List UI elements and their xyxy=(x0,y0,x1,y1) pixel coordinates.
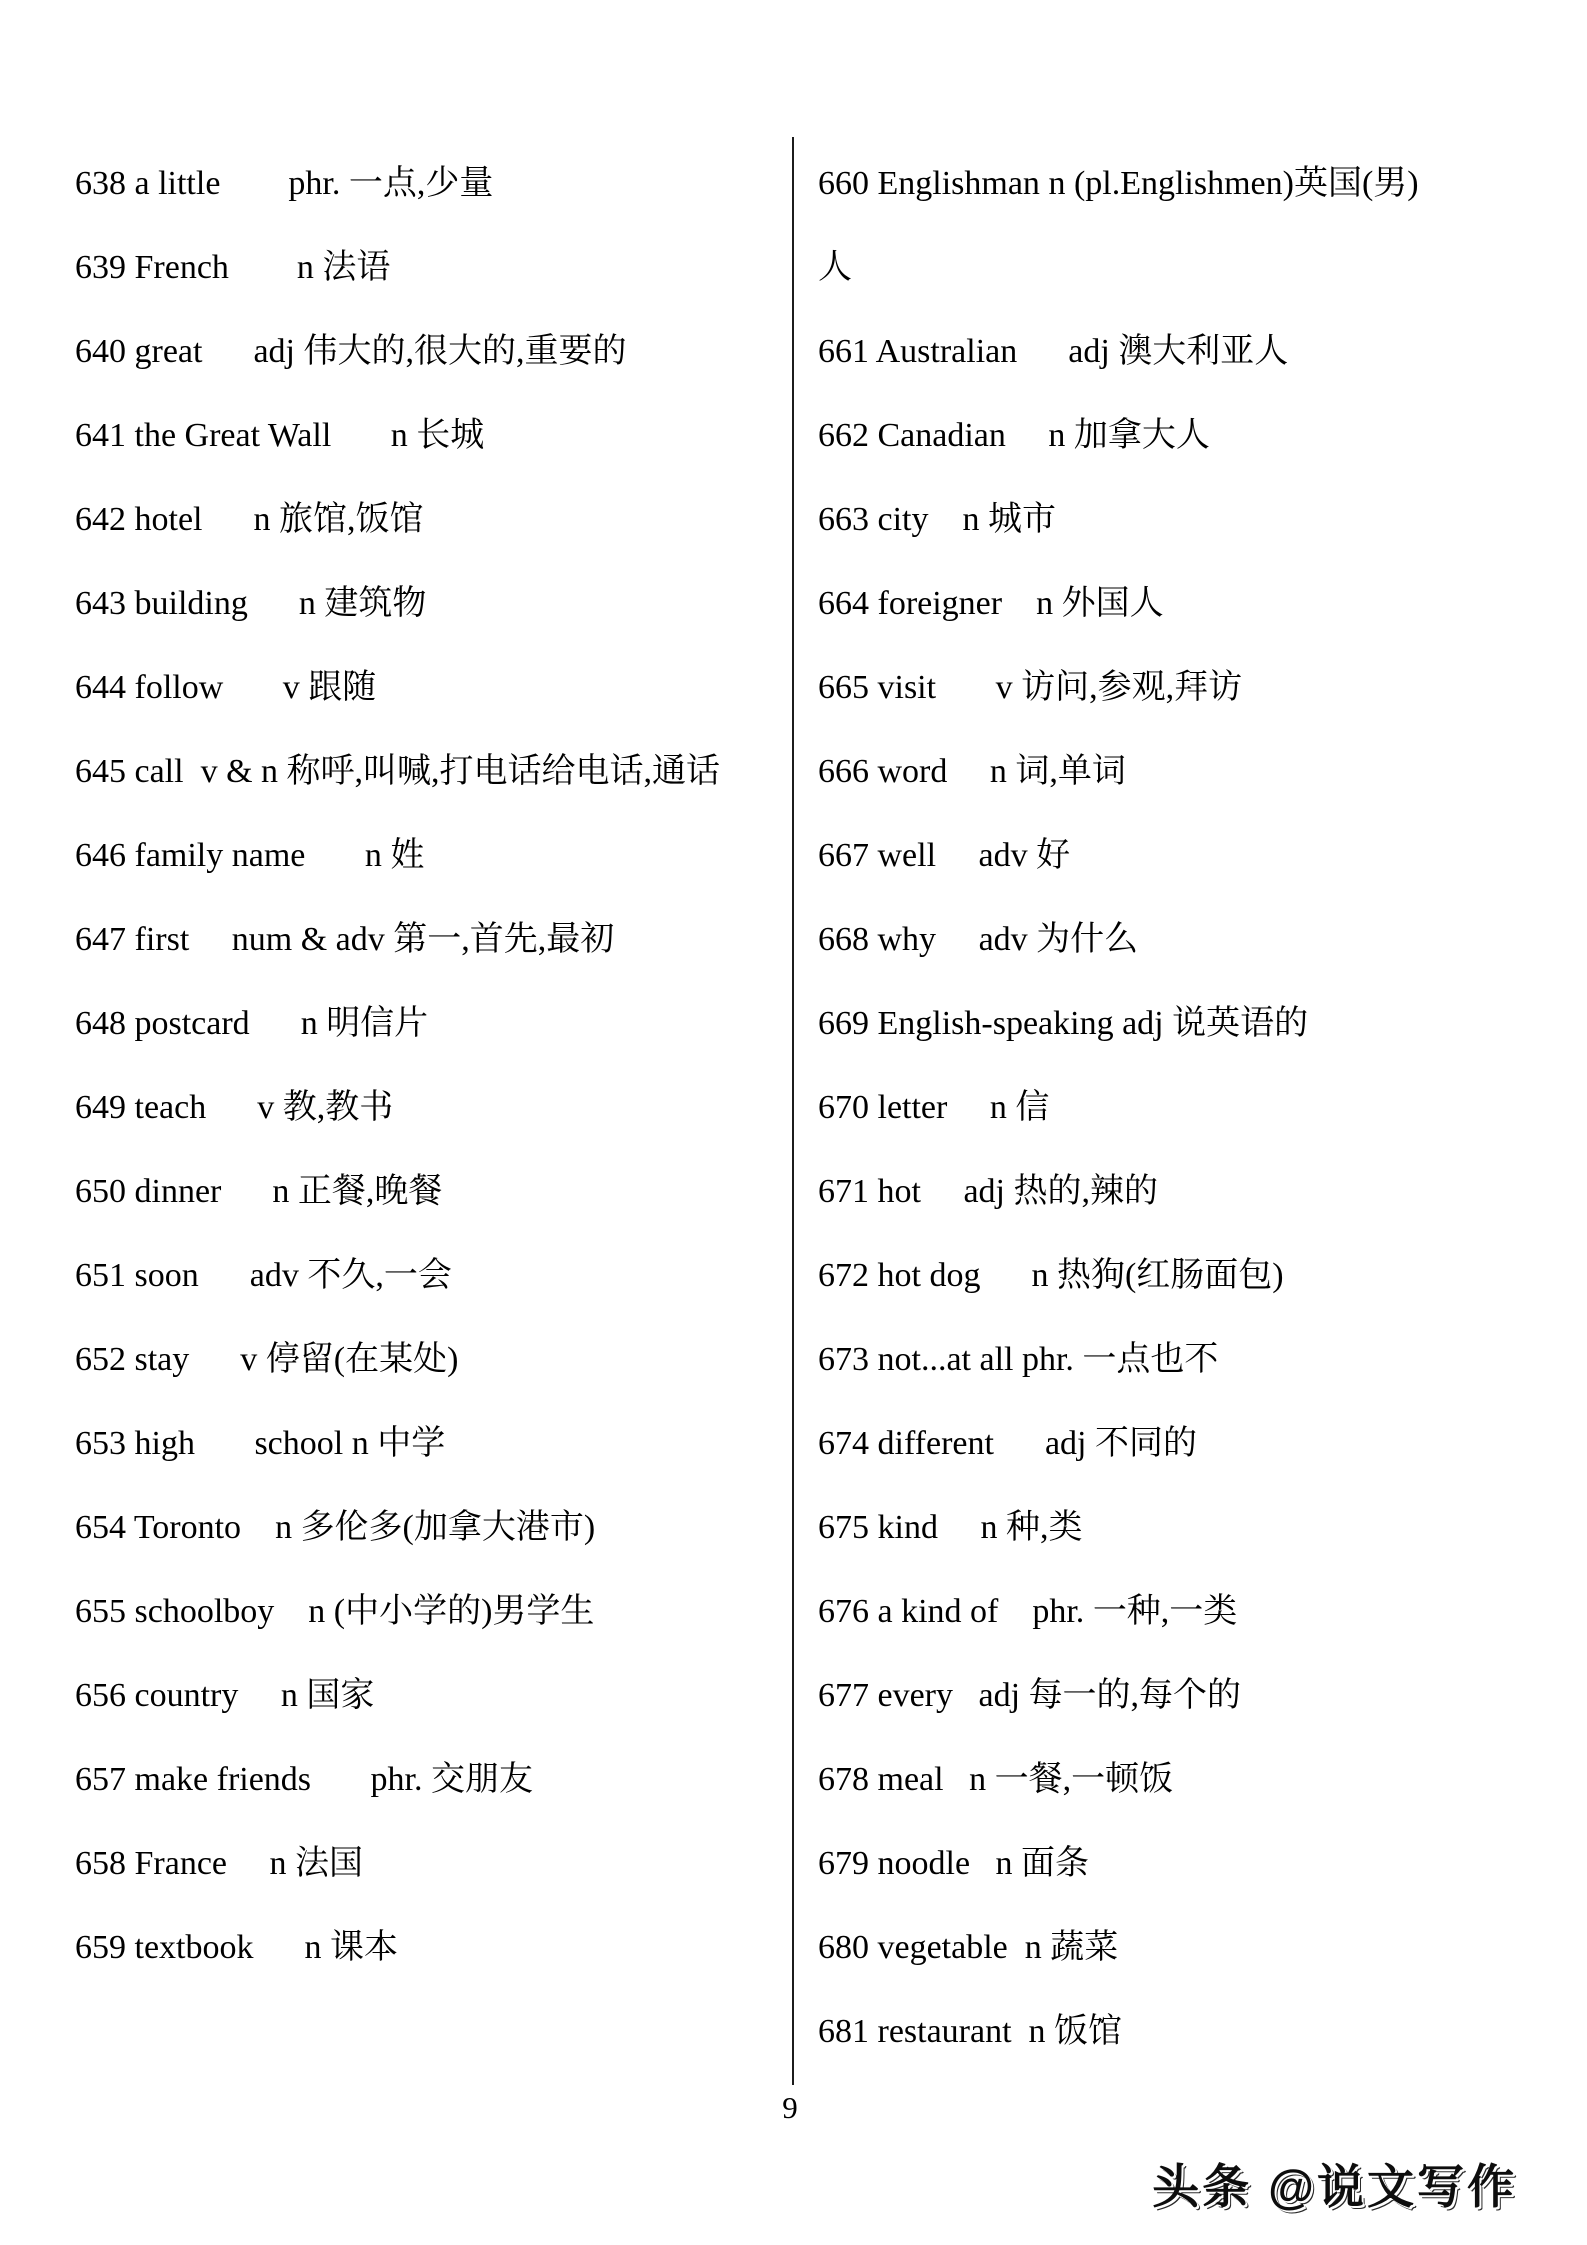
entry-number: 680 xyxy=(818,1929,869,1966)
entry-definition: 跟随 xyxy=(308,669,376,706)
entry-gap xyxy=(1002,585,1036,622)
vocab-entry: 668 why adv 为什么 xyxy=(818,898,1443,982)
entry-gap xyxy=(936,837,979,874)
vocab-entry: 666 word n 词,单词 xyxy=(818,730,1443,814)
vocab-entry: 665 visit v 访问,参观,拜访 xyxy=(818,646,1443,730)
vocab-entry: 652 stay v 停留(在某处) xyxy=(75,1318,755,1402)
entry-gap xyxy=(998,1593,1032,1630)
entry-term: noodle xyxy=(878,1845,971,1882)
entry-pos: adj xyxy=(963,1173,1005,1210)
column-divider xyxy=(792,137,794,2085)
entry-pos: phr. xyxy=(371,1761,423,1798)
entry-definition: 伟大的,很大的,重要的 xyxy=(304,333,627,370)
entry-number: 660 xyxy=(818,165,869,202)
entry-gap xyxy=(1006,417,1049,454)
entry-definition: 旅馆,饭馆 xyxy=(279,501,424,538)
entry-term: France xyxy=(135,1845,228,1882)
entry-gap xyxy=(947,753,990,790)
entry-number: 681 xyxy=(818,2013,869,2050)
entry-gap xyxy=(184,753,201,790)
entry-number: 669 xyxy=(818,1005,869,1042)
vocab-entry: 680 vegetable n 蔬菜 xyxy=(818,1906,1443,1990)
entry-gap xyxy=(227,1845,270,1882)
entry-pos: n xyxy=(308,1593,325,1630)
entry-gap xyxy=(241,1509,275,1546)
entry-pos: school n xyxy=(254,1425,368,1462)
entry-gap xyxy=(1013,1341,1022,1378)
entry-term: English-speaking xyxy=(878,1005,1114,1042)
entry-gap xyxy=(1008,1929,1025,1966)
entry-definition: 一种,一类 xyxy=(1093,1593,1238,1630)
entry-definition: 称呼,叫喊,打电话给电话,通话 xyxy=(287,753,721,790)
vocab-entry: 670 letter n 信 xyxy=(818,1066,1443,1150)
entry-number: 674 xyxy=(818,1425,869,1462)
entry-definition: 正餐,晚餐 xyxy=(298,1173,443,1210)
entry-pos: n xyxy=(304,1929,321,1966)
entry-definition: 每一的,每个的 xyxy=(1029,1677,1242,1714)
entry-pos: v xyxy=(283,669,300,706)
entry-gap xyxy=(229,249,297,286)
entry-term: Englishman xyxy=(878,165,1040,202)
entry-pos: adv xyxy=(979,921,1028,958)
entry-number: 640 xyxy=(75,333,126,370)
entry-gap xyxy=(1114,1005,1123,1042)
entry-number: 663 xyxy=(818,501,869,538)
vocab-entry: 656 country n 国家 xyxy=(75,1654,755,1738)
entry-definition: 第一,首先,最初 xyxy=(393,921,614,958)
entry-pos: n xyxy=(980,1509,997,1546)
vocab-entry: 644 follow v 跟随 xyxy=(75,646,755,730)
entry-pos: n xyxy=(962,501,979,538)
entry-number: 679 xyxy=(818,1845,869,1882)
entry-number: 653 xyxy=(75,1425,126,1462)
entry-definition: 法语 xyxy=(322,249,390,286)
entry-term: Canadian xyxy=(878,417,1006,454)
entry-definition: 面条 xyxy=(1021,1845,1089,1882)
entry-term: postcard xyxy=(135,1005,250,1042)
entry-pos: adj xyxy=(1122,1005,1164,1042)
entry-number: 641 xyxy=(75,417,126,454)
entry-term: schoolboy xyxy=(135,1593,275,1630)
entry-pos: adv xyxy=(250,1257,299,1294)
entry-definition: 明信片 xyxy=(326,1005,428,1042)
vocab-entry: 659 textbook n 课本 xyxy=(75,1906,755,1990)
entry-definition: 课本 xyxy=(330,1929,398,1966)
entry-definition: 不同的 xyxy=(1095,1425,1197,1462)
watermark: 头条 @说文写作 xyxy=(1152,2150,1517,2217)
entry-gap xyxy=(980,1257,1031,1294)
vocab-entry: 647 first num & adv 第一,首先,最初 xyxy=(75,898,755,982)
entry-definition: 澳大利亚人 xyxy=(1118,333,1288,370)
entry-number: 677 xyxy=(818,1677,869,1714)
entry-pos: adj xyxy=(1045,1425,1087,1462)
entry-term: dinner xyxy=(135,1173,222,1210)
entry-term: the Great Wall xyxy=(135,417,332,454)
entry-pos: n xyxy=(969,1761,986,1798)
entry-term: city xyxy=(878,501,929,538)
entry-definition: 好 xyxy=(1036,837,1070,874)
entry-number: 650 xyxy=(75,1173,126,1210)
vocab-entry: 641 the Great Wall n 长城 xyxy=(75,394,755,478)
entry-gap xyxy=(331,417,391,454)
entry-definition: 热狗(红肠面包) xyxy=(1057,1257,1284,1294)
entry-pos: n xyxy=(272,1173,289,1210)
entry-gap xyxy=(189,1341,240,1378)
vocab-entry: 681 restaurant n 饭馆 xyxy=(818,1990,1443,2074)
entry-term: every xyxy=(878,1677,954,1714)
entry-number: 670 xyxy=(818,1089,869,1126)
vocab-entry: 677 every adj 每一的,每个的 xyxy=(818,1654,1443,1738)
entry-definition: 法国 xyxy=(295,1845,363,1882)
entry-definition: 长城 xyxy=(416,417,484,454)
entry-pos: n xyxy=(299,585,316,622)
entry-number: 638 xyxy=(75,165,126,202)
entry-number: 661 xyxy=(818,333,869,370)
entry-definition: 城市 xyxy=(988,501,1056,538)
vocab-entry: 672 hot dog n 热狗(红肠面包) xyxy=(818,1234,1443,1318)
entry-number: 665 xyxy=(818,669,869,706)
entry-term: first xyxy=(135,921,190,958)
entry-number: 651 xyxy=(75,1257,126,1294)
entry-gap xyxy=(305,837,365,874)
entry-gap xyxy=(936,921,979,958)
vocab-entry: 676 a kind of phr. 一种,一类 xyxy=(818,1570,1443,1654)
entry-pos: n xyxy=(1048,165,1065,202)
vocab-entry: 651 soon adv 不久,一会 xyxy=(75,1234,755,1318)
entry-pos: n xyxy=(281,1677,298,1714)
entry-pos: n xyxy=(391,417,408,454)
entry-term: why xyxy=(878,921,937,958)
entry-gap xyxy=(1017,333,1068,370)
vocab-entry: 653 high school n 中学 xyxy=(75,1402,755,1486)
entry-term: a kind of xyxy=(878,1593,999,1630)
entry-gap xyxy=(195,1425,255,1462)
entry-definition: 一点也不 xyxy=(1082,1341,1218,1378)
entry-definition: 不久,一会 xyxy=(307,1257,452,1294)
vocab-entry: 643 building n 建筑物 xyxy=(75,562,755,646)
entry-gap xyxy=(953,1677,979,1714)
entry-number: 658 xyxy=(75,1845,126,1882)
entry-pos: n xyxy=(365,837,382,874)
entry-term: building xyxy=(135,585,248,622)
vocab-entry: 673 not...at all phr. 一点也不 xyxy=(818,1318,1443,1402)
entry-number: 659 xyxy=(75,1929,126,1966)
entry-number: 656 xyxy=(75,1677,126,1714)
entry-definition: 中学 xyxy=(377,1425,445,1462)
vocab-entry: 638 a little phr. 一点,少量 xyxy=(75,142,755,226)
vocab-entry: 678 meal n 一餐,一顿饭 xyxy=(818,1738,1443,1822)
vocab-entry: 669 English-speaking adj 说英语的 xyxy=(818,982,1443,1066)
entry-term: make friends xyxy=(135,1761,312,1798)
entry-term: hotel xyxy=(135,501,203,538)
vocab-entry: 674 different adj 不同的 xyxy=(818,1402,1443,1486)
entry-definition: 说英语的 xyxy=(1172,1005,1308,1042)
entry-definition: (中小学的)男学生 xyxy=(334,1593,595,1630)
entry-term: restaurant xyxy=(878,2013,1012,2050)
entry-number: 672 xyxy=(818,1257,869,1294)
vocab-entry: 667 well adv 好 xyxy=(818,814,1443,898)
vocab-entry: 657 make friends phr. 交朋友 xyxy=(75,1738,755,1822)
entry-gap xyxy=(970,1845,996,1882)
entry-definition: 一餐,一顿饭 xyxy=(995,1761,1174,1798)
vocab-entry: 654 Toronto n 多伦多(加拿大港市) xyxy=(75,1486,755,1570)
entry-gap xyxy=(947,1089,990,1126)
entry-gap xyxy=(928,501,962,538)
entry-gap xyxy=(921,1173,964,1210)
entry-pos: n xyxy=(990,1089,1007,1126)
entry-term: word xyxy=(878,753,948,790)
entry-definition: 蔬菜 xyxy=(1050,1929,1118,1966)
entry-term: hot xyxy=(878,1173,921,1210)
entry-pos: n xyxy=(297,249,314,286)
entry-number: 645 xyxy=(75,753,126,790)
entry-gap xyxy=(311,1761,371,1798)
entry-number: 655 xyxy=(75,1593,126,1630)
entry-term: high xyxy=(135,1425,195,1462)
entry-gap xyxy=(944,1761,970,1798)
entry-term: teach xyxy=(135,1089,207,1126)
entry-definition: 加拿大人 xyxy=(1074,417,1210,454)
entry-term: different xyxy=(878,1425,994,1462)
entry-number: 678 xyxy=(818,1761,869,1798)
entry-definition: 信 xyxy=(1015,1089,1049,1126)
entry-definition: 交朋友 xyxy=(431,1761,533,1798)
entry-pos: phr. xyxy=(288,165,340,202)
entry-pos: num & adv xyxy=(232,921,385,958)
vocab-entry: 664 foreigner n 外国人 xyxy=(818,562,1443,646)
entry-number: 647 xyxy=(75,921,126,958)
vocab-entry: 658 France n 法国 xyxy=(75,1822,755,1906)
entry-number: 654 xyxy=(75,1509,126,1546)
entry-pos: v & n xyxy=(201,753,278,790)
entry-gap xyxy=(250,1005,301,1042)
entry-definition: 饭馆 xyxy=(1054,2013,1122,2050)
entry-definition: 种,类 xyxy=(1006,1509,1083,1546)
entry-term: stay xyxy=(135,1341,190,1378)
entry-number: 676 xyxy=(818,1593,869,1630)
entry-gap xyxy=(994,1425,1045,1462)
entry-definition: 词,单词 xyxy=(1015,753,1126,790)
entry-term: soon xyxy=(135,1257,199,1294)
entry-number: 649 xyxy=(75,1089,126,1126)
entry-term: a little xyxy=(135,165,221,202)
entry-pos: v xyxy=(257,1089,274,1126)
entry-gap xyxy=(221,1173,272,1210)
vocab-entry: 661 Australian adj 澳大利亚人 xyxy=(818,310,1443,394)
entry-term: vegetable xyxy=(878,1929,1008,1966)
entry-pos: v xyxy=(240,1341,257,1378)
entry-pos: n xyxy=(1036,585,1053,622)
entry-number: 646 xyxy=(75,837,126,874)
entry-gap xyxy=(238,1677,281,1714)
entry-number: 675 xyxy=(818,1509,869,1546)
entry-pos: n xyxy=(301,1005,318,1042)
entry-gap xyxy=(223,669,283,706)
entry-definition: 一点,少量 xyxy=(349,165,494,202)
entry-pos: n xyxy=(275,1509,292,1546)
vocab-entry: 642 hotel n 旅馆,饭馆 xyxy=(75,478,755,562)
entry-term: follow xyxy=(135,669,224,706)
entry-gap xyxy=(202,333,253,370)
entry-pos: v xyxy=(996,669,1013,706)
vocab-entry: 649 teach v 教,教书 xyxy=(75,1066,755,1150)
entry-definition: 停留(在某处) xyxy=(266,1341,459,1378)
entry-gap xyxy=(938,1509,981,1546)
entry-definition: 热的,辣的 xyxy=(1014,1173,1159,1210)
entry-definition: 多伦多(加拿大港市) xyxy=(301,1509,596,1546)
entry-definition: 姓 xyxy=(390,837,424,874)
entry-gap xyxy=(206,1089,257,1126)
entry-number: 657 xyxy=(75,1761,126,1798)
entry-pos: adv xyxy=(979,837,1028,874)
entry-term: call xyxy=(135,753,184,790)
entry-pos: n xyxy=(1025,1929,1042,1966)
entry-gap xyxy=(1012,2013,1029,2050)
entry-pos: n xyxy=(1031,1257,1048,1294)
entry-term: textbook xyxy=(135,1929,254,1966)
entry-term: Toronto xyxy=(134,1509,241,1546)
entry-term: not...at all xyxy=(878,1341,1014,1378)
entry-term: well xyxy=(878,837,937,874)
vocab-entry: 645 call v & n 称呼,叫喊,打电话给电话,通话 xyxy=(75,730,755,814)
entry-pos: adj xyxy=(253,333,295,370)
entry-gap xyxy=(936,669,996,706)
entry-gap xyxy=(248,585,299,622)
entry-number: 644 xyxy=(75,669,126,706)
entry-pos: n xyxy=(270,1845,287,1882)
entry-term: hot dog xyxy=(878,1257,981,1294)
entry-term: family name xyxy=(135,837,306,874)
entry-term: great xyxy=(135,333,203,370)
entry-pos: n xyxy=(1048,417,1065,454)
entry-definition: 国家 xyxy=(306,1677,374,1714)
entry-gap xyxy=(220,165,288,202)
entry-term: meal xyxy=(878,1761,944,1798)
entry-number: 668 xyxy=(818,921,869,958)
entry-definition: 外国人 xyxy=(1062,585,1164,622)
entry-pos: n xyxy=(996,1845,1013,1882)
entry-gap xyxy=(189,921,232,958)
left-column: 638 a little phr. 一点,少量639 French n 法语64… xyxy=(75,142,755,1990)
entry-pos: adj xyxy=(979,1677,1021,1714)
vocab-entry: 662 Canadian n 加拿大人 xyxy=(818,394,1443,478)
entry-pos: phr. xyxy=(1032,1593,1084,1630)
entry-pos: phr. xyxy=(1022,1341,1074,1378)
entry-gap xyxy=(202,501,253,538)
entry-pos: n xyxy=(253,501,270,538)
vocab-entry: 648 postcard n 明信片 xyxy=(75,982,755,1066)
right-column: 660 Englishman n (pl.Englishmen)英国(男)人66… xyxy=(818,142,1443,2074)
vocab-entry: 650 dinner n 正餐,晚餐 xyxy=(75,1150,755,1234)
vocab-entry: 660 Englishman n (pl.Englishmen)英国(男)人 xyxy=(818,142,1443,310)
entry-gap xyxy=(253,1929,304,1966)
vocab-entry: 663 city n 城市 xyxy=(818,478,1443,562)
entry-term: Australian xyxy=(876,333,1018,370)
entry-number: 643 xyxy=(75,585,126,622)
vocab-entry: 671 hot adj 热的,辣的 xyxy=(818,1150,1443,1234)
entry-number: 648 xyxy=(75,1005,126,1042)
vocab-entry: 646 family name n 姓 xyxy=(75,814,755,898)
entry-term: country xyxy=(135,1677,239,1714)
entry-number: 667 xyxy=(818,837,869,874)
vocab-entry: 679 noodle n 面条 xyxy=(818,1822,1443,1906)
entry-gap xyxy=(199,1257,250,1294)
entry-number: 666 xyxy=(818,753,869,790)
entry-number: 671 xyxy=(818,1173,869,1210)
vocab-entry: 640 great adj 伟大的,很大的,重要的 xyxy=(75,310,755,394)
document-page: 638 a little phr. 一点,少量639 French n 法语64… xyxy=(0,0,1587,2245)
entry-term: foreigner xyxy=(878,585,1003,622)
entry-number: 664 xyxy=(818,585,869,622)
entry-number: 673 xyxy=(818,1341,869,1378)
entry-definition: 为什么 xyxy=(1036,921,1138,958)
entry-pos: n xyxy=(1029,2013,1046,2050)
entry-number: 639 xyxy=(75,249,126,286)
entry-number: 652 xyxy=(75,1341,126,1378)
vocab-entry: 675 kind n 种,类 xyxy=(818,1486,1443,1570)
page-number: 9 xyxy=(768,2088,812,2128)
entry-number: 642 xyxy=(75,501,126,538)
vocab-entry: 639 French n 法语 xyxy=(75,226,755,310)
entry-pos: n xyxy=(990,753,1007,790)
entry-number: 662 xyxy=(818,417,869,454)
entry-pos: adj xyxy=(1068,333,1110,370)
entry-term: visit xyxy=(878,669,937,706)
vocab-entry: 655 schoolboy n (中小学的)男学生 xyxy=(75,1570,755,1654)
entry-definition: 访问,参观,拜访 xyxy=(1021,669,1242,706)
entry-definition: 教,教书 xyxy=(283,1089,394,1126)
entry-term: French xyxy=(135,249,229,286)
entry-term: kind xyxy=(878,1509,938,1546)
entry-term: letter xyxy=(878,1089,948,1126)
entry-gap xyxy=(274,1593,308,1630)
entry-definition: 建筑物 xyxy=(324,585,426,622)
